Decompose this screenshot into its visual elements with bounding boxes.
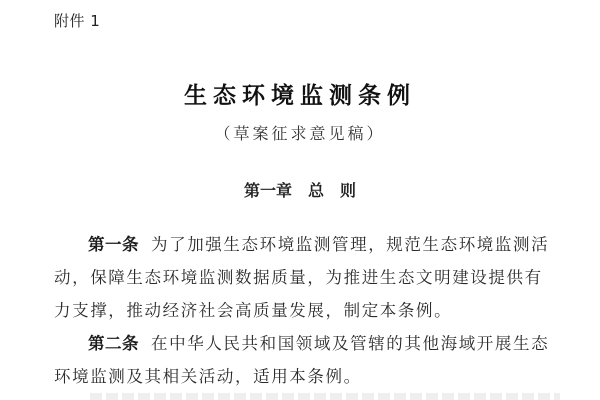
- article-number: 第二条: [88, 334, 139, 353]
- truncated-next-line: [90, 393, 560, 400]
- document-subtitle: （草案征求意见稿）: [0, 121, 600, 144]
- chapter-heading: 第一章总 则: [0, 178, 600, 201]
- article-1: 第一条为了加强生态环境监测管理，规范生态环境监测活动，保障生态环境监测数据质量，…: [54, 228, 554, 327]
- chapter-number: 第一章: [244, 181, 292, 200]
- chapter-name: 总 则: [308, 181, 356, 200]
- article-2: 第二条在中华人民共和国领域及管辖的其他海域开展生态环境监测及其相关活动，适用本条…: [54, 327, 554, 393]
- attachment-label: 附件 1: [54, 10, 100, 31]
- article-number: 第一条: [88, 235, 139, 254]
- document-title: 生态环境监测条例: [0, 77, 600, 110]
- document-page: 附件 1 生态环境监测条例 （草案征求意见稿） 第一章总 则 第一条为了加强生态…: [0, 0, 600, 400]
